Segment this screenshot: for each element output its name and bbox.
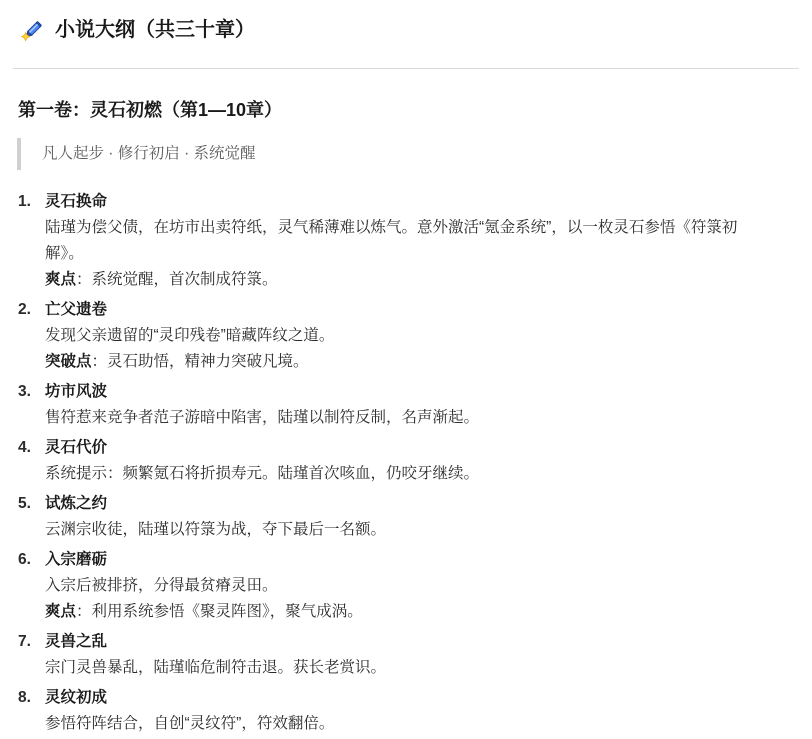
chapter-number: 5.	[18, 491, 45, 517]
chapter-number: 3.	[18, 379, 45, 405]
divider	[13, 68, 799, 69]
chapter-item-7: 7. 灵兽之乱 宗门灵兽暴乱，陆瑾临危制符击退。获长老赏识。	[18, 629, 795, 681]
chapter-list: 1. 灵石换命 陆瑾为偿父债，在坊市出卖符纸，灵气稀薄难以炼气。意外激活“氪金系…	[18, 189, 795, 737]
chapter-title: 灵纹初成	[45, 685, 107, 711]
chapter-number: 1.	[18, 189, 45, 215]
chapter-number: 7.	[18, 629, 45, 655]
chapter-text: 入宗后被排挤，分得最贫瘠灵田。	[45, 573, 795, 599]
chapter-item-6: 6. 入宗磨砺 入宗后被排挤，分得最贫瘠灵田。 爽点：利用系统参悟《聚灵阵图》，…	[18, 547, 795, 625]
chapter-title: 坊市风波	[45, 379, 107, 405]
page-title: 小说大纲（共三十章）	[20, 16, 795, 44]
note-label: 爽点	[45, 603, 76, 620]
note-text: ：系统觉醒，首次制成符箓。	[76, 271, 278, 288]
chapter-title: 亡父遗卷	[45, 297, 107, 323]
chapter-number: 2.	[18, 297, 45, 323]
chapter-title: 灵石代价	[45, 435, 107, 461]
chapter-text: 发现父亲遗留的“灵印残卷”暗藏阵纹之道。	[45, 323, 795, 349]
chapter-note: 突破点：灵石助悟，精神力突破凡境。	[45, 349, 795, 375]
note-label: 突破点	[45, 353, 92, 370]
chapter-item-8: 8. 灵纹初成 参悟符阵结合，自创“灵纹符”，符效翻倍。	[18, 685, 795, 737]
chapter-text: 参悟符阵结合，自创“灵纹符”，符效翻倍。	[45, 711, 795, 737]
chapter-text: 宗门灵兽暴乱，陆瑾临危制符击退。获长老赏识。	[45, 655, 795, 681]
volume-heading: 第一卷：灵石初燃（第1—10章）	[18, 98, 795, 122]
volume-tagline-quote: 凡人起步 · 修行初启 · 系统觉醒	[17, 138, 795, 170]
chapter-title: 试炼之约	[45, 491, 107, 517]
chapter-number: 4.	[18, 435, 45, 461]
pen-icon	[20, 18, 45, 43]
page-title-text: 小说大纲（共三十章）	[55, 16, 255, 44]
chapter-number: 8.	[18, 685, 45, 711]
note-text: ：利用系统参悟《聚灵阵图》，聚气成涡。	[76, 603, 363, 620]
chapter-title: 灵石换命	[45, 189, 107, 215]
note-text: ：灵石助悟，精神力突破凡境。	[92, 353, 309, 370]
chapter-note: 爽点：系统觉醒，首次制成符箓。	[45, 267, 795, 293]
chapter-item-5: 5. 试炼之约 云渊宗收徒，陆瑾以符箓为战，夺下最后一名额。	[18, 491, 795, 543]
chapter-note: 爽点：利用系统参悟《聚灵阵图》，聚气成涡。	[45, 599, 795, 625]
chapter-item-2: 2. 亡父遗卷 发现父亲遗留的“灵印残卷”暗藏阵纹之道。 突破点：灵石助悟，精神…	[18, 297, 795, 375]
chapter-text: 解》。	[45, 241, 795, 267]
chapter-text: 陆瑾为偿父债，在坊市出卖符纸，灵气稀薄难以炼气。意外激活“氪金系统”，以一枚灵石…	[45, 215, 795, 241]
chapter-title: 灵兽之乱	[45, 629, 107, 655]
chapter-number: 6.	[18, 547, 45, 573]
chapter-text: 售符惹来竞争者范子游暗中陷害，陆瑾以制符反制，名声渐起。	[45, 405, 795, 431]
note-label: 爽点	[45, 271, 76, 288]
chapter-item-4: 4. 灵石代价 系统提示：频繁氪石将折损寿元。陆瑾首次咳血，仍咬牙继续。	[18, 435, 795, 487]
chapter-text: 云渊宗收徒，陆瑾以符箓为战，夺下最后一名额。	[45, 517, 795, 543]
chapter-text: 系统提示：频繁氪石将折损寿元。陆瑾首次咳血，仍咬牙继续。	[45, 461, 795, 487]
chapter-item-3: 3. 坊市风波 售符惹来竞争者范子游暗中陷害，陆瑾以制符反制，名声渐起。	[18, 379, 795, 431]
chapter-title: 入宗磨砺	[45, 547, 107, 573]
chapter-item-1: 1. 灵石换命 陆瑾为偿父债，在坊市出卖符纸，灵气稀薄难以炼气。意外激活“氪金系…	[18, 189, 795, 293]
document: 小说大纲（共三十章） 第一卷：灵石初燃（第1—10章） 凡人起步 · 修行初启 …	[0, 0, 812, 737]
